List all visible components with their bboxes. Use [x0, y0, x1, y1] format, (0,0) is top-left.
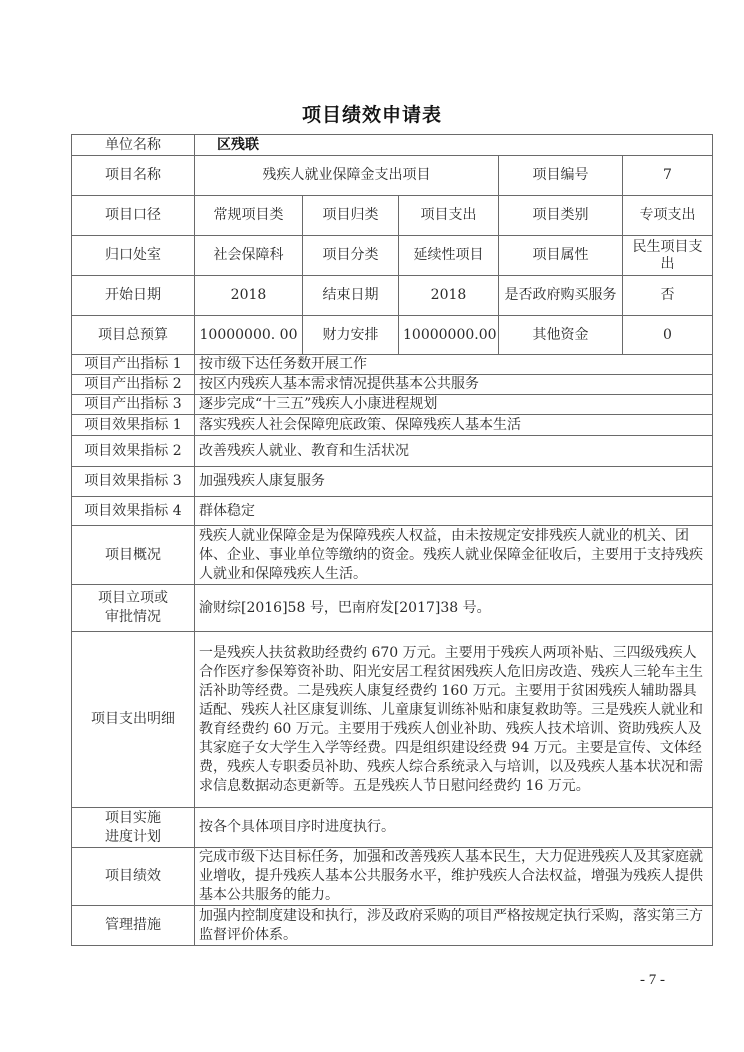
indicator-label: 项目效果指标 4: [72, 497, 195, 526]
category-value: 专项支出: [623, 196, 713, 236]
expenditure-value: 一是残疾人扶贫救助经费约 670 万元。主要用于残疾人两项补贴、三四级残疾人合作…: [195, 632, 713, 808]
category-label: 项目类别: [499, 196, 623, 236]
gov-purchase-label: 是否政府购买服务: [499, 276, 623, 316]
start-date-value: 2018: [195, 276, 303, 316]
other-funds-label: 其他资金: [499, 316, 623, 355]
approval-label-line2: 审批情况: [76, 608, 190, 627]
gov-purchase-value: 否: [623, 276, 713, 316]
row-budget: 项目总预算 10000000. 00 财力安排 10000000.00 其他资金…: [72, 316, 713, 355]
classification-value: 项目支出: [399, 196, 499, 236]
row-unit: 单位名称 区残联: [72, 135, 713, 156]
department-value: 社会保障科: [195, 236, 303, 276]
approval-value: 渝财综[2016]58 号，巴南府发[2017]38 号。: [195, 585, 713, 632]
indicator-label: 项目产出指标 1: [72, 355, 195, 375]
other-funds-value: 0: [623, 316, 713, 355]
indicator-value: 改善残疾人就业、教育和生活状况: [195, 436, 713, 467]
indicator-value: 逐步完成“十三五”残疾人小康进程规划: [195, 395, 713, 415]
scope-value: 常规项目类: [195, 196, 303, 236]
performance-label: 项目绩效: [72, 848, 195, 906]
indicator-value: 加强残疾人康复服务: [195, 467, 713, 497]
indicator-row: 项目产出指标 3 逐步完成“十三五”残疾人小康进程规划: [72, 395, 713, 415]
approval-label-line1: 项目立项或: [76, 589, 190, 608]
project-number-value: 7: [623, 156, 713, 196]
indicator-label: 项目效果指标 3: [72, 467, 195, 497]
total-budget-value: 10000000. 00: [195, 316, 303, 355]
indicator-label: 项目产出指标 3: [72, 395, 195, 415]
row-project-scope: 项目口径 常规项目类 项目归类 项目支出 项目类别 专项支出: [72, 196, 713, 236]
project-name-label: 项目名称: [72, 156, 195, 196]
fiscal-allocation-label: 财力安排: [303, 316, 399, 355]
project-name-value: 残疾人就业保障金支出项目: [195, 156, 499, 196]
overview-value: 残疾人就业保障金是为保障残疾人权益，由未按规定安排残疾人就业的机关、团体、企业、…: [195, 526, 713, 585]
indicator-value: 群体稳定: [195, 497, 713, 526]
attribute-label: 项目属性: [499, 236, 623, 276]
classification-label: 项目归类: [303, 196, 399, 236]
indicator-label: 项目效果指标 1: [72, 415, 195, 436]
row-measures: 管理措施 加强内控制度建设和执行，涉及政府采购的项目严格按规定执行采购，落实第三…: [72, 906, 713, 946]
attribute-value: 民生项目支出: [623, 236, 713, 276]
department-label: 归口处室: [72, 236, 195, 276]
row-overview: 项目概况 残疾人就业保障金是为保障残疾人权益，由未按规定安排残疾人就业的机关、团…: [72, 526, 713, 585]
row-schedule: 项目实施 进度计划 按各个具体项目序时进度执行。: [72, 808, 713, 848]
row-approval: 项目立项或 审批情况 渝财综[2016]58 号，巴南府发[2017]38 号。: [72, 585, 713, 632]
indicator-row: 项目效果指标 1 落实残疾人社会保障兜底政策、保障残疾人基本生活: [72, 415, 713, 436]
row-department: 归口处室 社会保障科 项目分类 延续性项目 项目属性 民生项目支出: [72, 236, 713, 276]
schedule-label-line1: 项目实施: [76, 809, 190, 828]
total-budget-label: 项目总预算: [72, 316, 195, 355]
project-type-value: 延续性项目: [399, 236, 499, 276]
page-number: - 7 -: [640, 972, 665, 989]
indicator-row: 项目产出指标 1 按市级下达任务数开展工作: [72, 355, 713, 375]
schedule-label-line2: 进度计划: [76, 828, 190, 847]
fiscal-allocation-value: 10000000.00: [399, 316, 499, 355]
indicator-row: 项目效果指标 4 群体稳定: [72, 497, 713, 526]
end-date-label: 结束日期: [303, 276, 399, 316]
performance-value: 完成市级下达目标任务，加强和改善残疾人基本民生，大力促进残疾人及其家庭就业增收，…: [195, 848, 713, 906]
project-type-label: 项目分类: [303, 236, 399, 276]
measures-label: 管理措施: [72, 906, 195, 946]
schedule-value: 按各个具体项目序时进度执行。: [195, 808, 713, 848]
start-date-label: 开始日期: [72, 276, 195, 316]
indicator-row: 项目效果指标 3 加强残疾人康复服务: [72, 467, 713, 497]
measures-value: 加强内控制度建设和执行，涉及政府采购的项目严格按规定执行采购，落实第三方监督评价…: [195, 906, 713, 946]
indicator-label: 项目效果指标 2: [72, 436, 195, 467]
approval-label: 项目立项或 审批情况: [72, 585, 195, 632]
indicator-row: 项目效果指标 2 改善残疾人就业、教育和生活状况: [72, 436, 713, 467]
expenditure-label: 项目支出明细: [72, 632, 195, 808]
row-performance: 项目绩效 完成市级下达目标任务，加强和改善残疾人基本民生，大力促进残疾人及其家庭…: [72, 848, 713, 906]
performance-application-form: 单位名称 区残联 项目名称 残疾人就业保障金支出项目 项目编号 7 项目口径 常…: [71, 134, 713, 946]
indicator-row: 项目产出指标 2 按区内残疾人基本需求情况提供基本公共服务: [72, 375, 713, 395]
row-expenditure: 项目支出明细 一是残疾人扶贫救助经费约 670 万元。主要用于残疾人两项补贴、三…: [72, 632, 713, 808]
indicator-value: 按区内残疾人基本需求情况提供基本公共服务: [195, 375, 713, 395]
indicator-value: 落实残疾人社会保障兜底政策、保障残疾人基本生活: [195, 415, 713, 436]
end-date-value: 2018: [399, 276, 499, 316]
indicator-value: 按市级下达任务数开展工作: [195, 355, 713, 375]
unit-label: 单位名称: [72, 135, 195, 156]
overview-label: 项目概况: [72, 526, 195, 585]
indicator-label: 项目产出指标 2: [72, 375, 195, 395]
scope-label: 项目口径: [72, 196, 195, 236]
schedule-label: 项目实施 进度计划: [72, 808, 195, 848]
row-project-name: 项目名称 残疾人就业保障金支出项目 项目编号 7: [72, 156, 713, 196]
row-dates: 开始日期 2018 结束日期 2018 是否政府购买服务 否: [72, 276, 713, 316]
project-number-label: 项目编号: [499, 156, 623, 196]
unit-value: 区残联: [217, 137, 259, 153]
page-title: 项目绩效申请表: [0, 100, 744, 127]
